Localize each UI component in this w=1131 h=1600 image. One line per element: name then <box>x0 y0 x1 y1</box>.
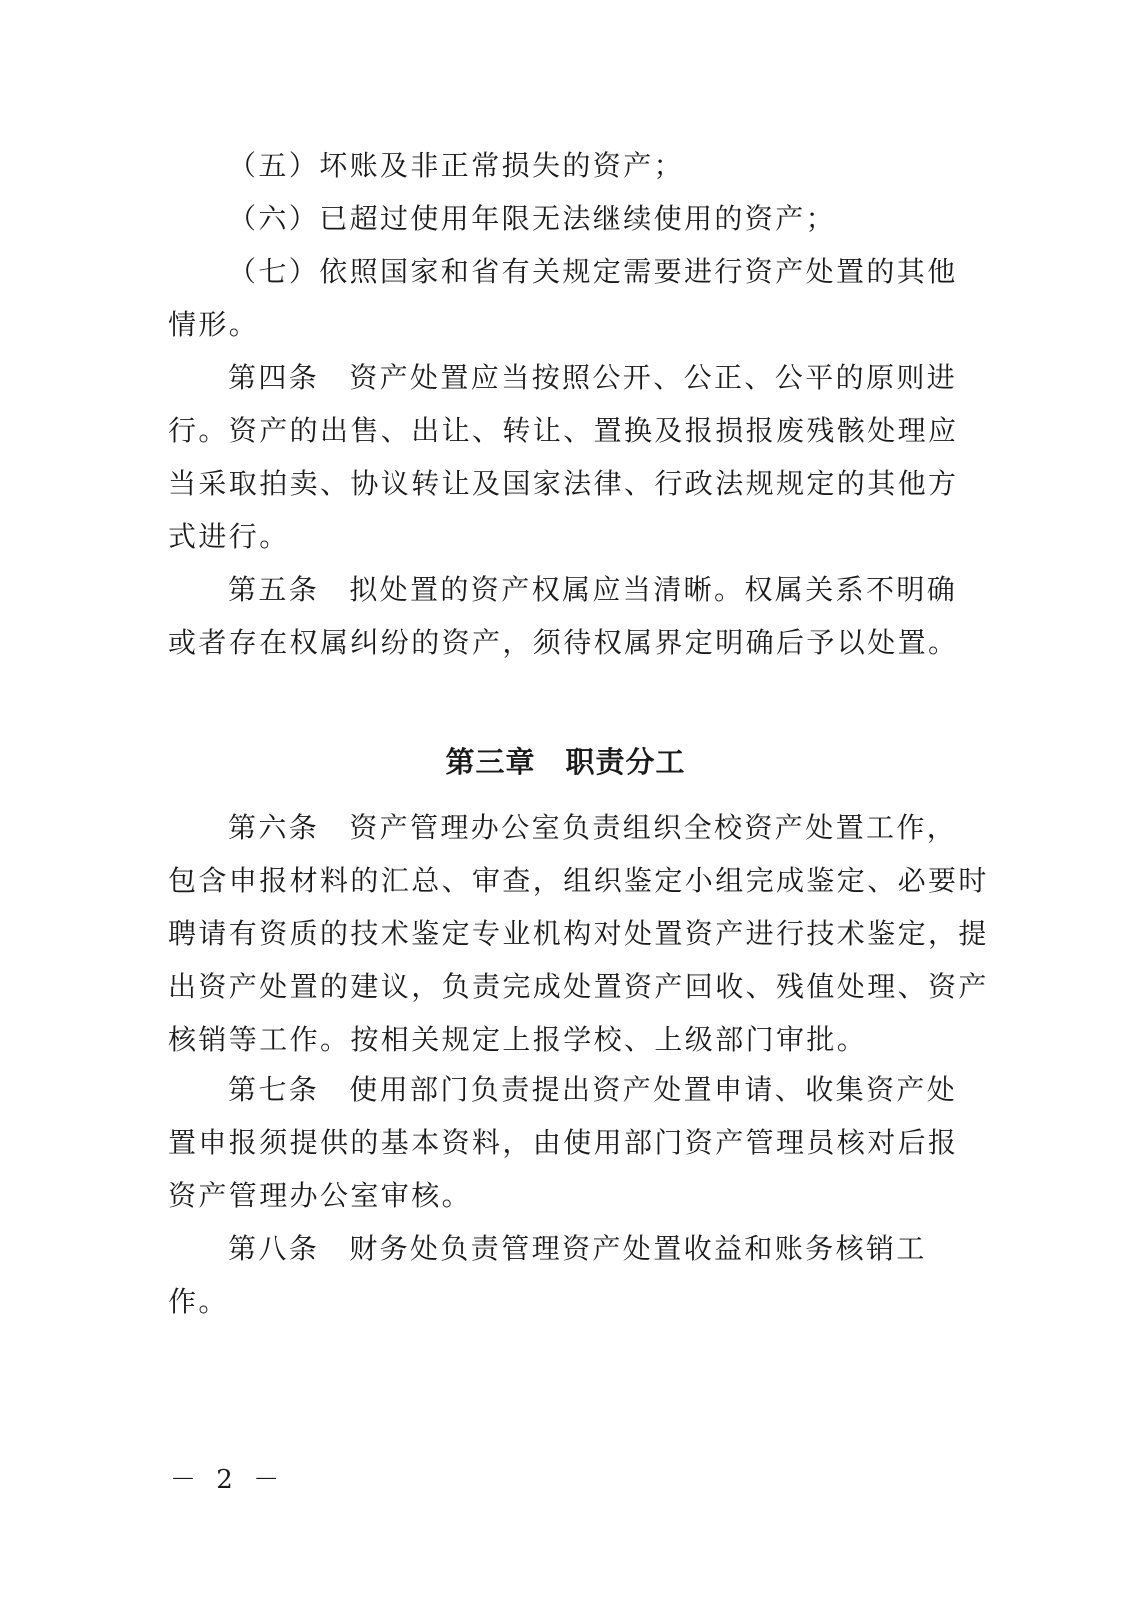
article-5-line2: 或者存在权属纠纷的资产，须待权属界定明确后予以处置。 <box>168 623 948 663</box>
article-6-text: 资产管理办公室负责组织全校资产处置工作， <box>349 811 957 844</box>
article-6-line5: 核销等工作。按相关规定上报学校、上级部门审批。 <box>168 1020 948 1060</box>
article-4-line1: 第四条资产处置应当按照公开、公正、公平的原则进 <box>228 358 1008 398</box>
list-item-7-line1: （七）依照国家和省有关规定需要进行资产处置的其他 <box>228 252 1008 292</box>
article-4-line3: 当采取拍卖、协议转让及国家法律、行政法规规定的其他方 <box>168 464 948 504</box>
chapter-heading: 第三章 职责分工 <box>0 742 1131 782</box>
article-4-line2: 行。资产的出售、出让、转让、置换及报损报废残骸处理应 <box>168 411 948 451</box>
article-8-label: 第八条 <box>228 1232 319 1265</box>
article-5-line1: 第五条拟处置的资产权属应当清晰。权属关系不明确 <box>228 570 1008 610</box>
article-8-text: 财务处负责管理资产处置收益和账务核销工 <box>349 1232 927 1265</box>
article-7-line3: 资产管理办公室审核。 <box>168 1176 948 1216</box>
article-6-line4: 出资产处置的建议，负责完成处置资产回收、残值处理、资产 <box>168 967 948 1007</box>
list-item-5: （五）坏账及非正常损失的资产； <box>228 146 1008 186</box>
page-number: － 2 － <box>170 1462 285 1498</box>
article-4-text: 资产处置应当按照公开、公正、公平的原则进 <box>349 361 957 394</box>
article-7-text: 使用部门负责提出资产处置申请、收集资产处 <box>349 1073 957 1106</box>
list-item-7-line2: 情形。 <box>168 305 948 345</box>
article-8-line1: 第八条财务处负责管理资产处置收益和账务核销工 <box>228 1229 1008 1269</box>
document-page: （五）坏账及非正常损失的资产； （六）已超过使用年限无法继续使用的资产； （七）… <box>0 0 1131 1600</box>
list-item-6: （六）已超过使用年限无法继续使用的资产； <box>228 199 1008 239</box>
article-4-label: 第四条 <box>228 361 319 394</box>
article-6-line1: 第六条资产管理办公室负责组织全校资产处置工作， <box>228 808 1008 848</box>
article-7-line1: 第七条使用部门负责提出资产处置申请、收集资产处 <box>228 1070 1008 1110</box>
article-4-line4: 式进行。 <box>168 517 948 557</box>
article-7-line2: 置申报须提供的基本资料，由使用部门资产管理员核对后报 <box>168 1123 948 1163</box>
article-8-line2: 作。 <box>168 1282 948 1322</box>
article-7-label: 第七条 <box>228 1073 319 1106</box>
article-6-label: 第六条 <box>228 811 319 844</box>
article-6-line2: 包含申报材料的汇总、审查，组织鉴定小组完成鉴定、必要时 <box>168 861 948 901</box>
article-5-label: 第五条 <box>228 573 319 606</box>
article-5-text: 拟处置的资产权属应当清晰。权属关系不明确 <box>349 573 957 606</box>
article-6-line3: 聘请有资质的技术鉴定专业机构对处置资产进行技术鉴定，提 <box>168 914 948 954</box>
